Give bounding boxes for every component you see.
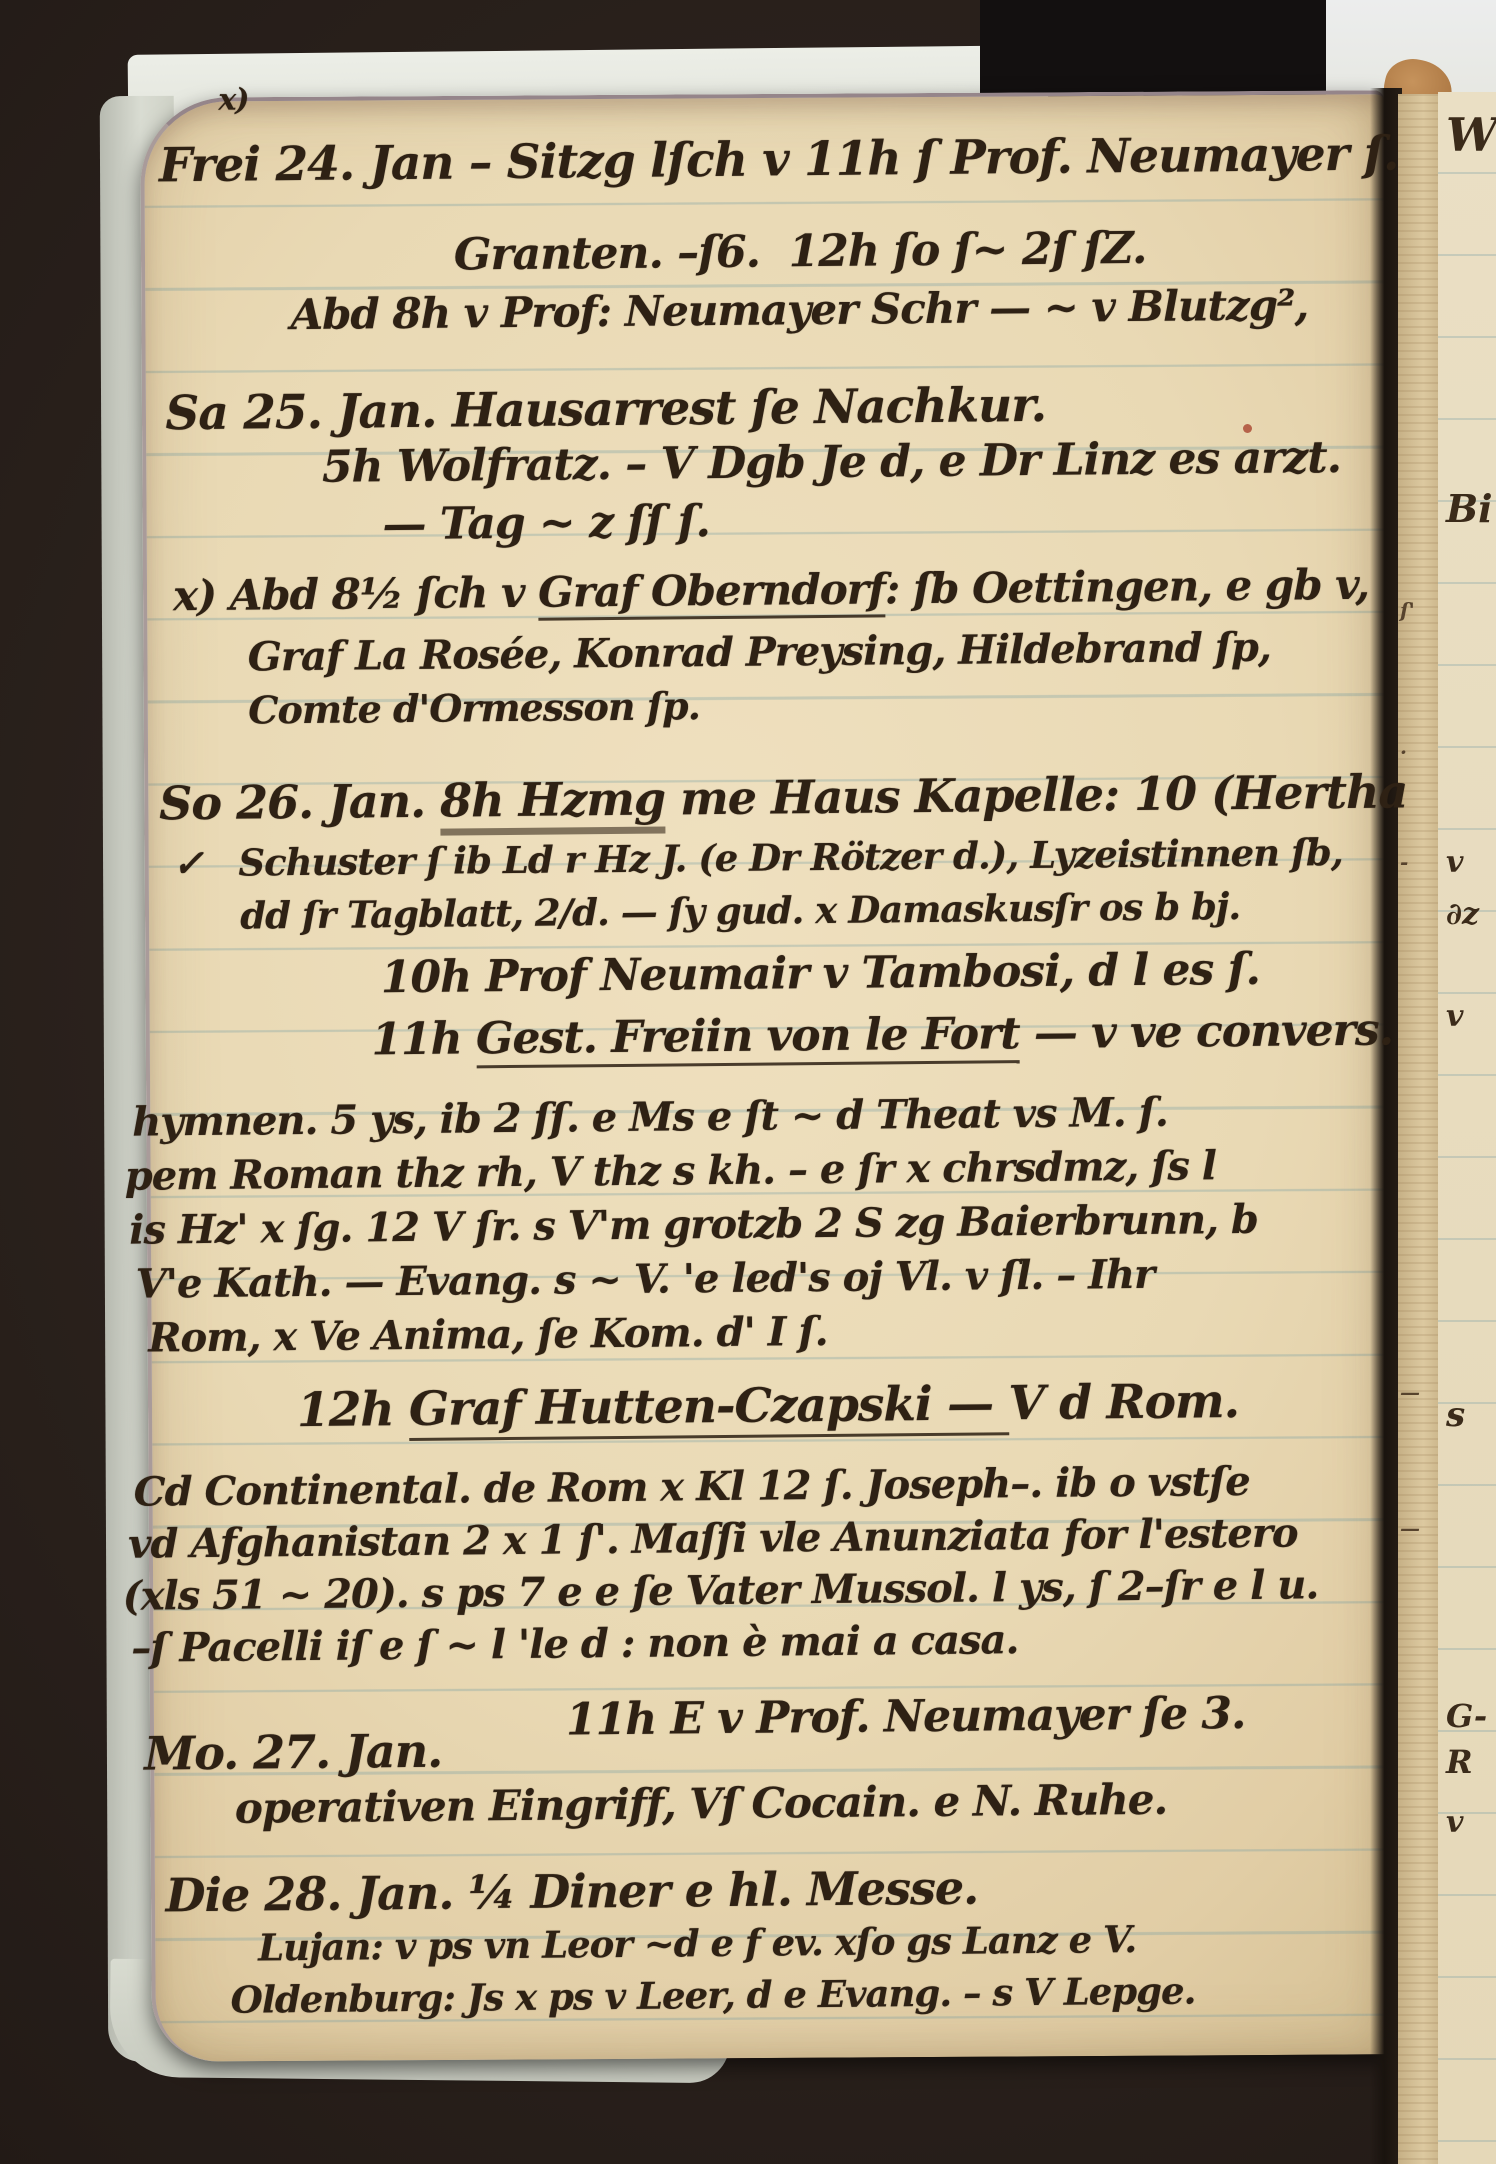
manuscript-line: x) Abd 8½ ſch v Graf Oberndorf: ſb Oetti… — [173, 564, 1369, 617]
text-segment: V d Rom. — [1008, 1374, 1239, 1431]
margin-note: v — [1446, 1002, 1463, 1032]
margin-note: Bi — [1446, 490, 1493, 528]
manuscript-line: Die 28. Jan. ¼ Diner e hl. Messe. — [165, 1865, 978, 1919]
text-segment: 11h — [371, 1013, 476, 1065]
text-segment: Mo. 27. Jan. — [144, 1724, 442, 1781]
stitch-mark: — — [1400, 1382, 1420, 1402]
margin-note: W — [1446, 112, 1496, 158]
underlined-text: Graf Hutten-Czapski — — [409, 1376, 1009, 1441]
manuscript-line: (xls 51 ~ 20). s ps 7 e e ſe Vater Musso… — [123, 1565, 1319, 1616]
manuscript-line: 10h Prof Neumair v Tambosi, d l es ſ. — [381, 948, 1260, 1000]
text-segment: operativen Eingriff, Vſ Cocain. e N. Ruh… — [235, 1775, 1168, 1833]
manuscript-line: Mo. 27. Jan. — [144, 1728, 442, 1777]
text-segment: : ſb Oettingen, e gb v, — [885, 560, 1369, 614]
manuscript-line: Frei 24. Jan – Sitzg lſch v 11h ſ Prof. … — [159, 130, 1399, 189]
text-segment: x) — [218, 82, 248, 117]
underlined-text: 8h Hzmg — [440, 772, 665, 836]
stitch-mark: — — [1400, 1518, 1420, 1538]
manuscript-line: Comte d'Ormesson ſp. — [248, 687, 700, 729]
manuscript-line: Cd Continental. de Rom x Kl 12 ſ. Joseph… — [134, 1462, 1250, 1513]
text-segment: me Haus Kapelle: 10 (Hertha — [665, 764, 1408, 825]
manuscript-line: 11h E v Prof. Neumayer ſe 3. — [566, 1692, 1246, 1743]
margin-note: G- — [1446, 1700, 1487, 1732]
page-text-layer: x)Frei 24. Jan – Sitzg lſch v 11h ſ Prof… — [0, 0, 1496, 2164]
manuscript-line: Rom, x Ve Anima, ſe Kom. d' I ſ. — [148, 1312, 828, 1359]
manuscript-line: So 26. Jan. 8h Hzmg me Haus Kapelle: 10 … — [159, 768, 1408, 826]
text-segment: Graf La Rosée, Konrad Preysing, Hildebra… — [248, 624, 1271, 681]
manuscript-line: V'e Kath. — Evang. s ~ V. 'e led's oj Vl… — [136, 1255, 1155, 1305]
text-segment: Rom, x Ve Anima, ſe Kom. d' I ſ. — [148, 1308, 828, 1362]
underlined-text: Graf Oberndorf — [538, 564, 885, 620]
text-segment: pem Roman thz rh, V thz s kh. – e ſr x c… — [125, 1142, 1217, 1199]
manuscript-line: vd Afghanistan 2 x 1 ſ'. Maſſi vle Anunz… — [128, 1513, 1298, 1564]
text-segment: 11h E v Prof. Neumayer ſe 3. — [566, 1688, 1246, 1746]
stitch-mark: - — [1400, 852, 1408, 872]
manuscript-line: Oldenburg: Js x ps v Leer, d e Evang. – … — [230, 1972, 1195, 2018]
photo-background: { "document_kind": "handwritten-diary-pa… — [0, 0, 1496, 2164]
text-segment: V'e Kath. — Evang. s ~ V. 'e led's oj Vl… — [136, 1251, 1155, 1308]
text-segment: 12h — [297, 1382, 409, 1438]
text-segment: Sa 25. Jan. Hausarrest ſe Nachkur. — [165, 378, 1046, 441]
text-segment: Die 28. Jan. ¼ Diner e hl. Messe. — [165, 1861, 978, 1923]
manuscript-line: Sa 25. Jan. Hausarrest ſe Nachkur. — [165, 382, 1046, 437]
text-segment: Cd Continental. de Rom x Kl 12 ſ. Joseph… — [134, 1458, 1250, 1516]
text-segment: Granten. –ſ6. 12h ſo ſ~ 2ſ ſZ. — [454, 223, 1147, 281]
manuscript-line: Granten. –ſ6. 12h ſo ſ~ 2ſ ſZ. — [454, 227, 1147, 278]
text-segment: Comte d'Ormesson ſp. — [248, 683, 700, 732]
manuscript-line: 12h Graf Hutten-Czapski — V d Rom. — [297, 1378, 1239, 1434]
text-segment: –ſ Pacelli iſ e ſ ~ l 'le d : non è mai … — [131, 1616, 1019, 1672]
manuscript-line: ✓ Schuster ſ ib Ld r Hz J. (e Dr Rötzer … — [173, 834, 1343, 882]
margin-note: R — [1446, 1746, 1473, 1778]
text-segment: 5h Wolfratz. – V Dgb Je d, e Dr Linz es … — [322, 432, 1341, 493]
text-segment: Abd 8h v Prof: Neumayer Schr — ~ v Blutz… — [290, 280, 1308, 339]
underlined-text: Gest. Freiin von le Fort — [476, 1008, 1020, 1068]
text-segment: — Tag ~ z ſſ ſ. — [382, 496, 710, 550]
text-segment: Frei 24. Jan – Sitzg lſch v 11h ſ Prof. … — [159, 126, 1399, 193]
text-segment: (xls 51 ~ 20). s ps 7 e e ſe Vater Musso… — [123, 1561, 1319, 1619]
margin-note: s — [1446, 1398, 1465, 1432]
manuscript-line: Graf La Rosée, Konrad Preysing, Hildebra… — [248, 628, 1271, 678]
manuscript-line: pem Roman thz rh, V thz s kh. – e ſr x c… — [125, 1146, 1217, 1196]
margin-note: v — [1446, 848, 1463, 878]
manuscript-line: hymnen. 5 ys, ib 2 ſſ. e Ms e ſt ~ d The… — [132, 1093, 1168, 1143]
text-segment: x) Abd 8½ ſch v — [173, 568, 538, 621]
text-segment: Oldenburg: Js x ps v Leer, d e Evang. – … — [230, 1968, 1195, 2021]
text-segment: is Hz' x ſg. 12 V ſr. s V'm grotzb 2 S z… — [129, 1196, 1258, 1254]
manuscript-line: Lujan: v ps vn Leor ~d e f ev. xſo gs La… — [258, 1921, 1136, 1966]
text-segment: So 26. Jan. — [159, 774, 441, 831]
manuscript-line: 5h Wolfratz. – V Dgb Je d, e Dr Linz es … — [322, 436, 1341, 490]
manuscript-line: — Tag ~ z ſſ ſ. — [382, 500, 710, 547]
text-segment: 10h Prof Neumair v Tambosi, d l es ſ. — [381, 944, 1261, 1003]
text-segment: vd Afghanistan 2 x 1 ſ'. Maſſi vle Anunz… — [128, 1509, 1298, 1567]
manuscript-line: operativen Eingriff, Vſ Cocain. e N. Ruh… — [235, 1779, 1168, 1830]
text-segment: hymnen. 5 ys, ib 2 ſſ. e Ms e ſt ~ d The… — [132, 1089, 1168, 1146]
manuscript-line: –ſ Pacelli iſ e ſ ~ l 'le d : non è mai … — [131, 1620, 1019, 1669]
stitch-mark: · — [1400, 742, 1407, 762]
text-segment: Lujan: v ps vn Leor ~d e f ev. xſo gs La… — [258, 1917, 1136, 1969]
manuscript-line: dd ſr Tagblatt, 2/d. — ſy gud. x Damasku… — [240, 888, 1240, 935]
text-segment: — v ve convers. — [1019, 1005, 1393, 1060]
margin-note: ∂z — [1446, 900, 1479, 930]
text-segment: ✓ Schuster ſ ib Ld r Hz J. (e Dr Rötzer … — [173, 830, 1343, 885]
manuscript-line: x) — [218, 85, 248, 115]
stitch-mark: ſ' — [1400, 600, 1415, 620]
manuscript-line: 11h Gest. Freiin von le Fort — v ve conv… — [371, 1009, 1393, 1063]
manuscript-line: is Hz' x ſg. 12 V ſr. s V'm grotzb 2 S z… — [129, 1200, 1258, 1251]
margin-note: v — [1446, 1808, 1463, 1838]
manuscript-line: Abd 8h v Prof: Neumayer Schr — ~ v Blutz… — [290, 284, 1308, 336]
text-segment: dd ſr Tagblatt, 2/d. — ſy gud. x Damasku… — [240, 884, 1240, 938]
